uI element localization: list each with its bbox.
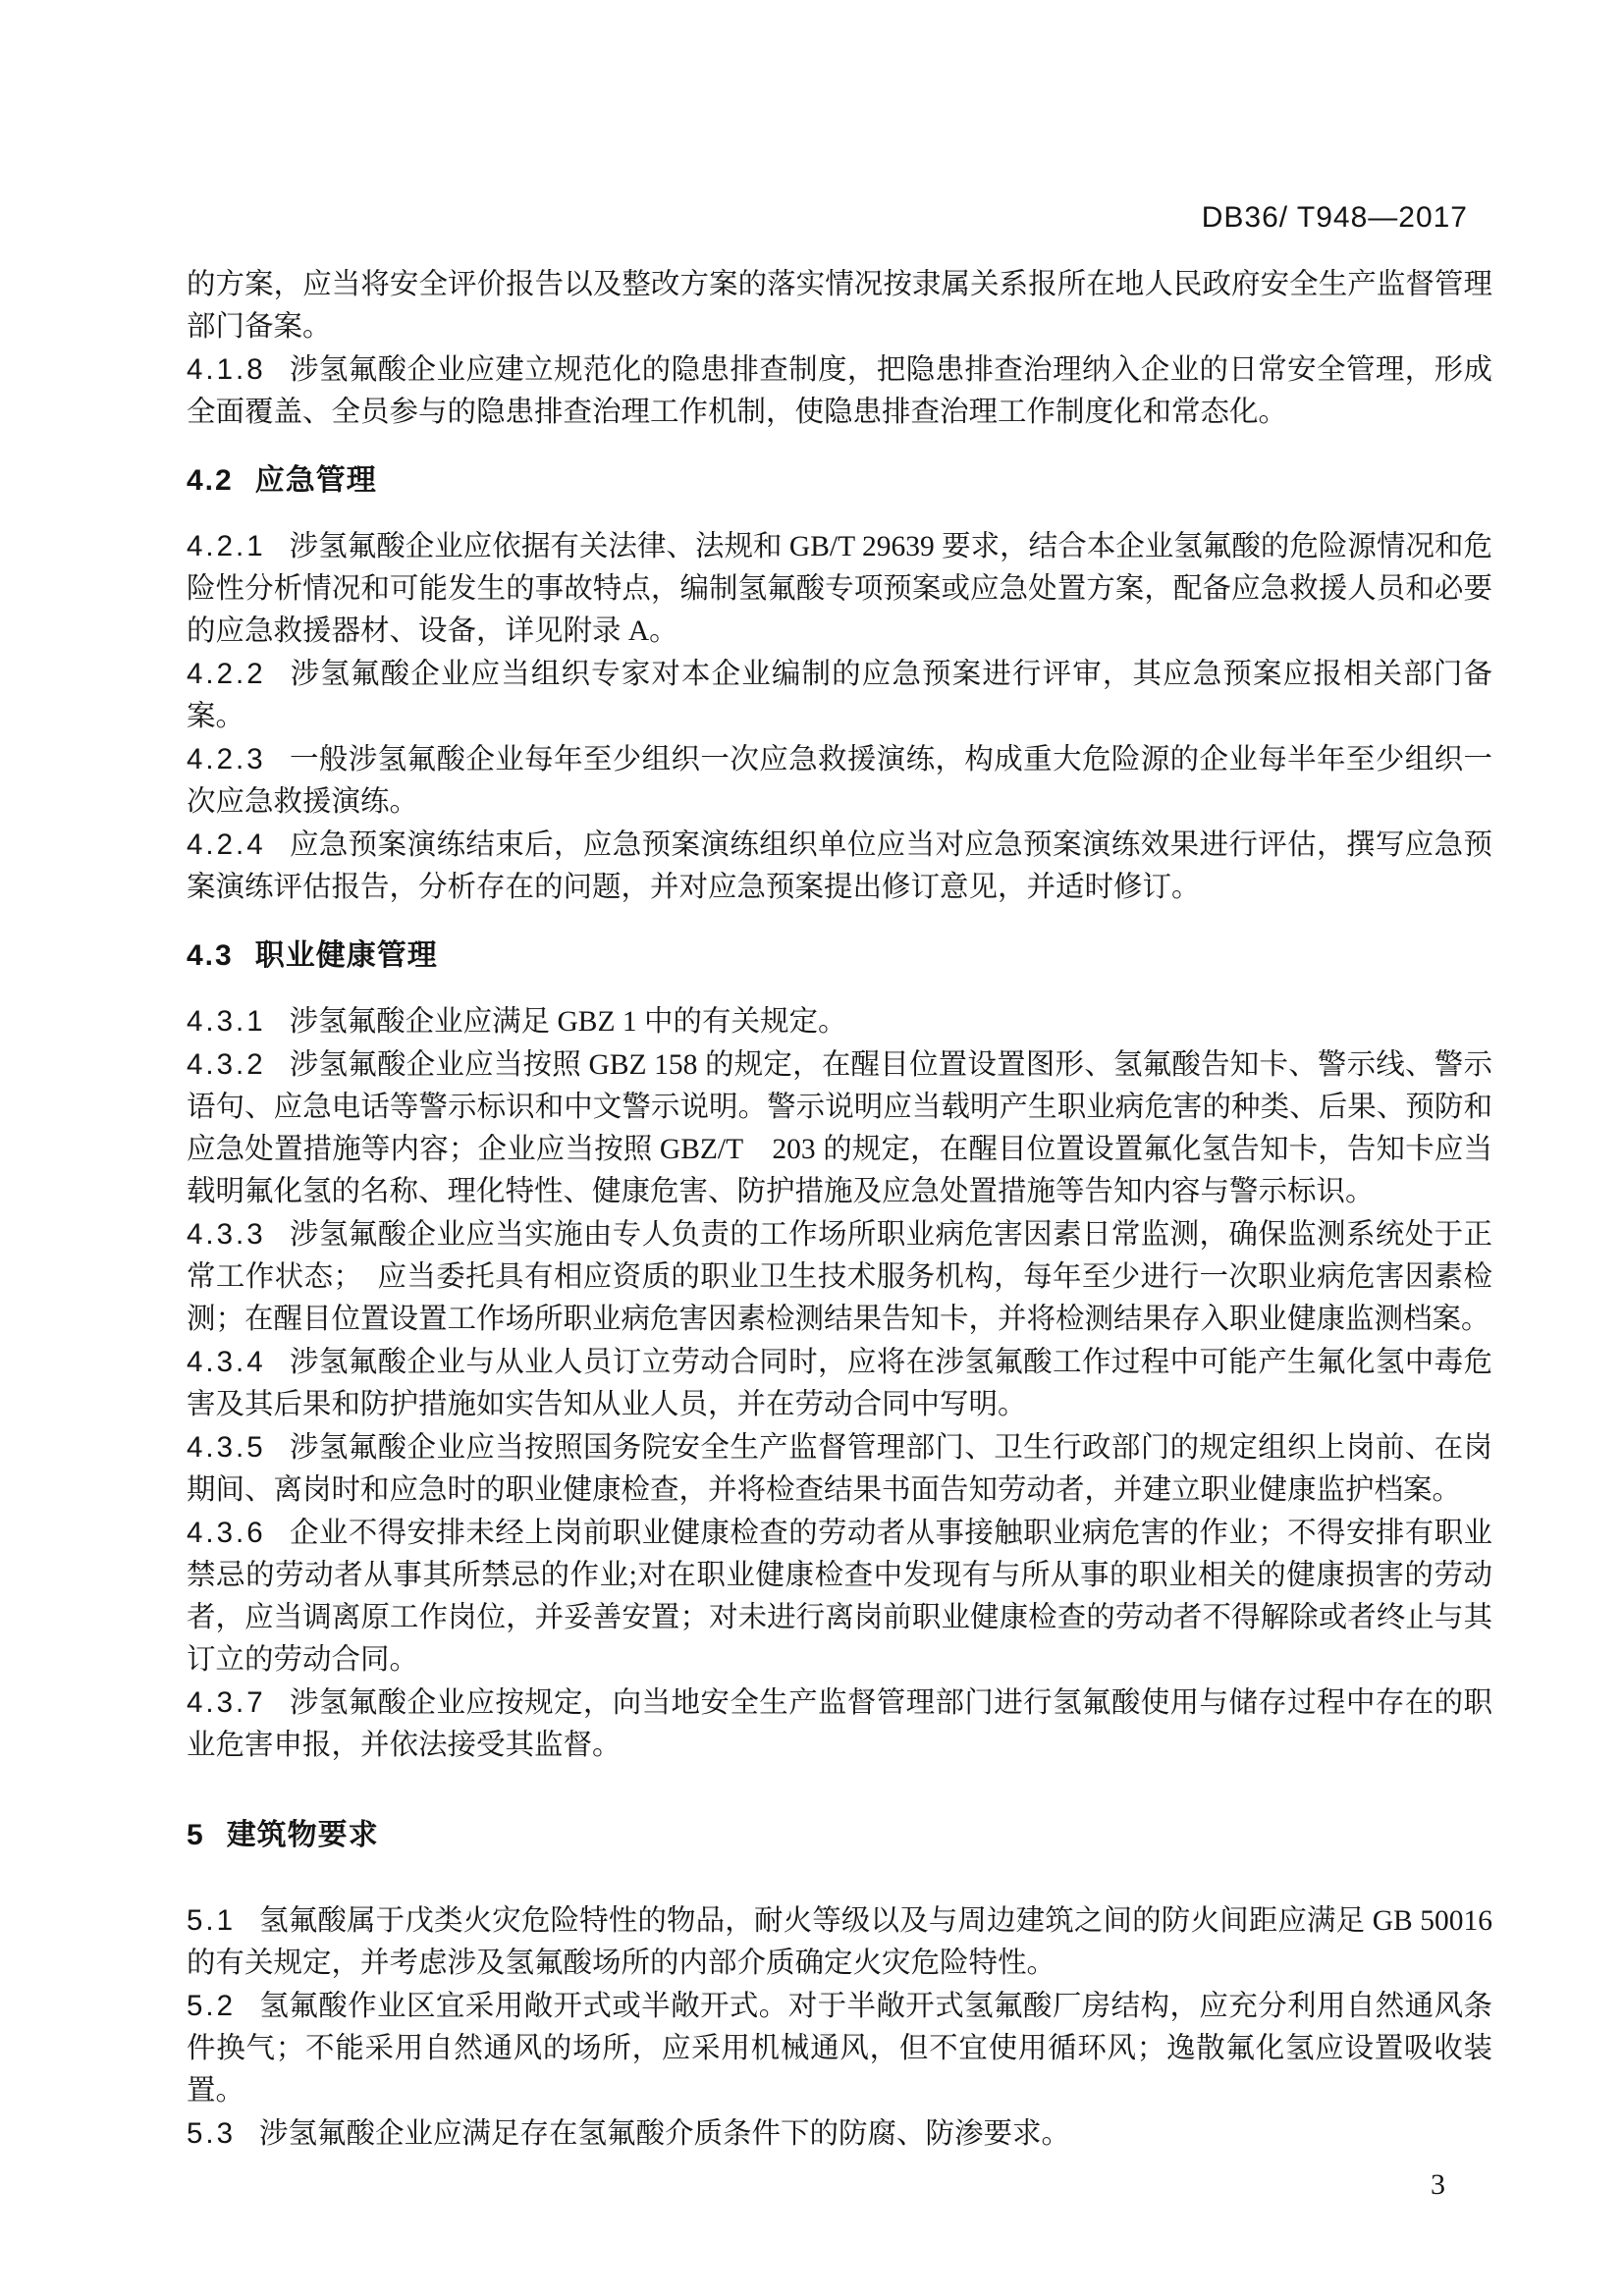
clause-number: 4.3.2 [187,1048,266,1081]
chapter-heading-5: 5建筑物要求 [187,1814,1492,1857]
clause-paragraph-4-2-4: 4.2.4应急预案演练结束后，应急预案演练组织单位应当对应急预案演练效果进行评估… [187,824,1492,909]
clause-paragraph-4-3-6: 4.3.6企业不得安排未经上岗前职业健康检查的劳动者从事接触职业病危害的作业；不… [187,1512,1492,1682]
clause-number: 4.2.1 [187,530,266,562]
heading-number: 4.2 [187,464,234,497]
clause-text: 涉氢氟酸企业应依据有关法律、法规和 GB/T 29639 要求，结合本企业氢氟酸… [187,531,1492,647]
clause-text: 氢氟酸作业区宜采用敞开式或半敞开式。对于半敞开式氢氟酸厂房结构，应充分利用自然通… [187,1991,1492,2107]
clause-number: 5.2 [187,1990,236,2022]
clause-number: 4.1.8 [187,353,266,386]
clause-number: 4.2.4 [187,828,266,861]
clause-number: 4.3.5 [187,1431,266,1464]
clause-text: 一般涉氢氟酸企业每年至少组织一次应急救援演练，构成重大危险源的企业每半年至少组织… [187,744,1492,818]
clause-text: 涉氢氟酸企业应满足 GBZ 1 中的有关规定。 [290,1006,847,1038]
clause-number: 4.3.7 [187,1686,266,1719]
heading-number: 5 [187,1819,205,1851]
clause-paragraph-4-2-1: 4.2.1涉氢氟酸企业应依据有关法律、法规和 GB/T 29639 要求，结合本… [187,525,1492,653]
clause-text: 涉氢氟酸企业应当按照 GBZ 158 的规定，在醒目位置设置图形、氢氟酸告知卡、… [187,1049,1492,1207]
clause-paragraph-4-3-7: 4.3.7涉氢氟酸企业应按规定，向当地安全生产监督管理部门进行氢氟酸使用与储存过… [187,1682,1492,1767]
clause-paragraph-4-3-2: 4.3.2涉氢氟酸企业应当按照 GBZ 158 的规定，在醒目位置设置图形、氢氟… [187,1043,1492,1213]
clause-paragraph-continuation: 的方案，应当将安全评价报告以及整改方案的落实情况按隶属关系报所在地人民政府安全生… [187,264,1492,348]
clause-text: 涉氢氟酸企业应当实施由专人负责的工作场所职业病危害因素日常监测，确保监测系统处于… [187,1219,1492,1335]
clause-paragraph-4-2-2: 4.2.2涉氢氟酸企业应当组织专家对本企业编制的应急预案进行评审，其应急预案应报… [187,653,1492,738]
heading-number: 4.3 [187,939,234,972]
document-page: DB36/ T948—2017 的方案，应当将安全评价报告以及整改方案的落实情况… [0,0,1624,2296]
clause-text: 氢氟酸属于戊类火灾危险特性的物品，耐火等级以及与周边建筑之间的防火间距应满足 G… [187,1905,1492,1979]
clause-paragraph-4-3-3: 4.3.3涉氢氟酸企业应当实施由专人负责的工作场所职业病危害因素日常监测，确保监… [187,1213,1492,1341]
page-number: 3 [187,2167,1492,2203]
heading-text: 职业健康管理 [255,939,438,972]
clause-paragraph-4-2-3: 4.2.3一般涉氢氟酸企业每年至少组织一次应急救援演练，构成重大危险源的企业每半… [187,738,1492,824]
clause-paragraph-4-3-1: 4.3.1涉氢氟酸企业应满足 GBZ 1 中的有关规定。 [187,1000,1492,1043]
clause-paragraph-5-2: 5.2氢氟酸作业区宜采用敞开式或半敞开式。对于半敞开式氢氟酸厂房结构，应充分利用… [187,1985,1492,2112]
clause-paragraph-5-3: 5.3涉氢氟酸企业应满足存在氢氟酸介质条件下的防腐、防渗要求。 [187,2112,1492,2156]
clause-paragraph-4-1-8: 4.1.8涉氢氟酸企业应建立规范化的隐患排查制度，把隐患排查治理纳入企业的日常安… [187,348,1492,434]
clause-number: 5.3 [187,2117,236,2150]
clause-number: 4.3.1 [187,1005,266,1038]
section-heading-4-3: 4.3职业健康管理 [187,934,1492,978]
clause-number: 4.3.4 [187,1346,266,1378]
clause-number: 5.1 [187,1904,236,1937]
clause-paragraph-5-1: 5.1氢氟酸属于戊类火灾危险特性的物品，耐火等级以及与周边建筑之间的防火间距应满… [187,1899,1492,1985]
clause-number: 4.3.3 [187,1218,266,1251]
clause-number: 4.3.6 [187,1517,266,1549]
standard-code: DB36/ T948—2017 [187,199,1468,237]
clause-paragraph-4-3-5: 4.3.5涉氢氟酸企业应当按照国务院安全生产监督管理部门、卫生行政部门的规定组织… [187,1426,1492,1512]
clause-text: 涉氢氟酸企业应当组织专家对本企业编制的应急预案进行评审，其应急预案应报相关部门备… [187,659,1492,732]
section-heading-4-2: 4.2应急管理 [187,459,1492,503]
clause-text: 企业不得安排未经上岗前职业健康检查的劳动者从事接触职业病危害的作业；不得安排有职… [187,1518,1492,1676]
heading-text: 应急管理 [255,464,377,497]
clause-text: 涉氢氟酸企业应满足存在氢氟酸介质条件下的防腐、防渗要求。 [259,2118,1070,2150]
clause-text: 应急预案演练结束后，应急预案演练组织单位应当对应急预案演练效果进行评估，撰写应急… [187,829,1492,903]
clause-text: 涉氢氟酸企业应当按照国务院安全生产监督管理部门、卫生行政部门的规定组织上岗前、在… [187,1432,1492,1506]
clause-text: 涉氢氟酸企业应按规定，向当地安全生产监督管理部门进行氢氟酸使用与储存过程中存在的… [187,1687,1492,1761]
clause-number: 4.2.3 [187,743,266,775]
clause-text: 涉氢氟酸企业应建立规范化的隐患排查制度，把隐患排查治理纳入企业的日常安全管理，形… [187,354,1492,428]
heading-text: 建筑物要求 [227,1819,379,1851]
clause-paragraph-4-3-4: 4.3.4涉氢氟酸企业与从业人员订立劳动合同时，应将在涉氢氟酸工作过程中可能产生… [187,1341,1492,1426]
clause-number: 4.2.2 [187,658,266,690]
clause-text: 涉氢氟酸企业与从业人员订立劳动合同时，应将在涉氢氟酸工作过程中可能产生氟化氢中毒… [187,1347,1492,1420]
clause-text: 的方案，应当将安全评价报告以及整改方案的落实情况按隶属关系报所在地人民政府安全生… [187,269,1492,343]
